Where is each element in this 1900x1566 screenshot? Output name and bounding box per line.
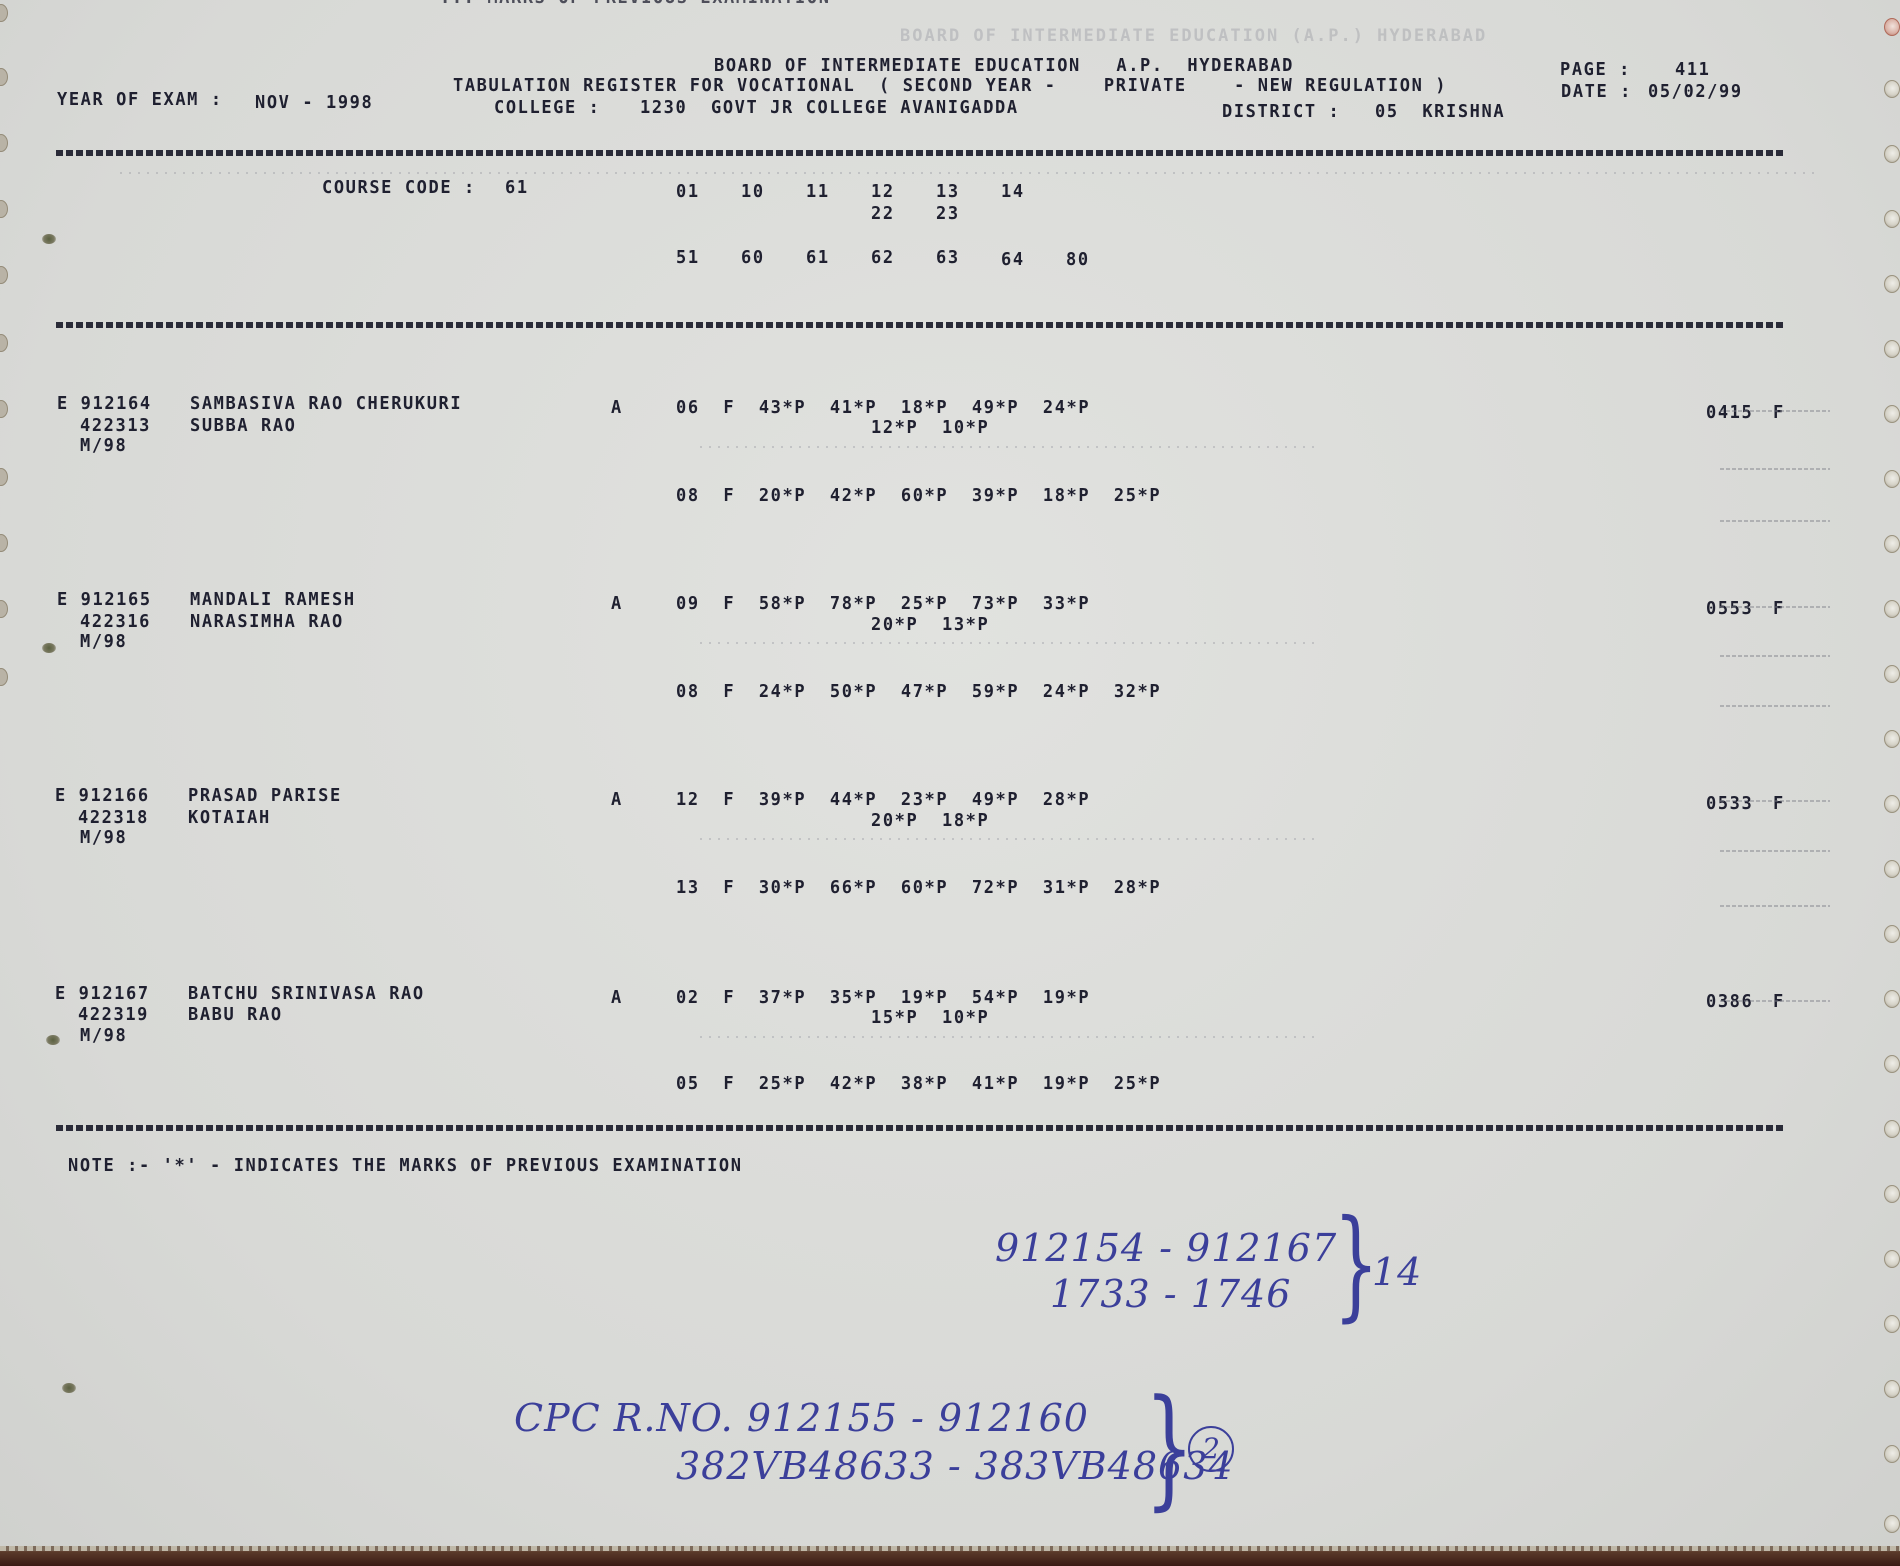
grade: A (611, 988, 623, 1009)
student-name: BATCHU SRINIVASA RAO (188, 984, 425, 1005)
registration-number: 422313 (80, 416, 151, 437)
district-label: DISTRICT : (1222, 102, 1340, 123)
sprocket-hole-right (1884, 210, 1900, 228)
sprocket-hole-right (1884, 925, 1900, 943)
student-name: SAMBASIVA RAO CHERUKURI (190, 394, 462, 415)
grade: A (611, 398, 623, 419)
sprocket-hole-right (1884, 795, 1900, 813)
subject-code: 63 (936, 248, 960, 269)
sprocket-hole-right (1884, 340, 1900, 358)
subject-code: 23 (936, 204, 960, 225)
total-marks: 0533 (1706, 794, 1753, 815)
sprocket-hole-left (0, 4, 8, 22)
page-label: PAGE : (1560, 60, 1631, 81)
faint-rule (1720, 850, 1830, 852)
subject-code: 13 (936, 182, 960, 203)
sprocket-hole-left (0, 334, 8, 352)
separator-line-top (56, 150, 1784, 156)
bleed-dots (120, 172, 1820, 174)
bleed-dots (700, 838, 1320, 840)
sprocket-hole-right (1884, 145, 1900, 163)
subject-code: 22 (871, 204, 895, 225)
hall-ticket-number: E 912165 (57, 590, 152, 611)
sprocket-hole-left (0, 200, 8, 218)
sprocket-hole-left (0, 134, 8, 152)
theory-sub-marks: 20*P 13*P (871, 615, 989, 636)
punch-hole-mark (46, 1035, 60, 1045)
sprocket-hole-left (0, 68, 8, 86)
bleed-dots (700, 1036, 1320, 1038)
sprocket-hole-right (1884, 1055, 1900, 1073)
theory-sub-marks: 20*P 18*P (871, 811, 989, 832)
sprocket-hole-left (0, 600, 8, 618)
footer-note: NOTE :- '*' - INDICATES THE MARKS OF PRE… (68, 1156, 743, 1177)
sprocket-hole-left (0, 534, 8, 552)
theory-marks: 02 F 37*P 35*P 19*P 54*P 19*P (676, 988, 1090, 1009)
district-value: 05 KRISHNA (1375, 102, 1505, 123)
practical-marks: 08 F 20*P 42*P 60*P 39*P 18*P 25*P (676, 486, 1161, 507)
year-of-exam-label: YEAR OF EXAM : (57, 90, 223, 111)
sprocket-hole-right (1884, 405, 1900, 423)
sprocket-hole-right (1884, 730, 1900, 748)
subject-code: 60 (741, 248, 765, 269)
father-name: BABU RAO (188, 1005, 283, 1026)
course-code-value: 61 (505, 178, 529, 199)
hall-ticket-number: E 912166 (55, 786, 150, 807)
college-label: COLLEGE : (494, 98, 612, 119)
sprocket-hole-right (1884, 535, 1900, 553)
printout-page: ... MARKS OF PREVIOUS EXAMINATION BOARD … (0, 0, 1900, 1548)
subject-code: 11 (806, 182, 830, 203)
total-marks: 0553 (1706, 599, 1753, 620)
theory-marks: 12 F 39*P 44*P 23*P 49*P 28*P (676, 790, 1090, 811)
subject-code: 80 (1066, 250, 1090, 271)
circled-count: 2 (1188, 1426, 1234, 1472)
result: F (1773, 992, 1785, 1013)
grade: A (611, 790, 623, 811)
result: F (1773, 403, 1785, 424)
student-name: MANDALI RAMESH (190, 590, 356, 611)
sprocket-hole-right (1884, 470, 1900, 488)
sprocket-hole-right (1884, 80, 1900, 98)
subject-code: 01 (676, 182, 700, 203)
date-label: DATE : (1561, 82, 1632, 103)
faint-rule (1720, 655, 1830, 657)
date-value: 05/02/99 (1648, 82, 1743, 103)
theory-marks: 06 F 43*P 41*P 18*P 49*P 24*P (676, 398, 1090, 419)
subject-code: 61 (806, 248, 830, 269)
subject-code: 14 (1001, 182, 1025, 203)
previous-exam: M/98 (80, 632, 127, 653)
faint-rule (1720, 705, 1830, 707)
sprocket-hole-right (1884, 1380, 1900, 1398)
hall-ticket-number: E 912164 (57, 394, 152, 415)
top-cutoff-text: ... MARKS OF PREVIOUS EXAMINATION (440, 0, 831, 9)
grade: A (611, 594, 623, 615)
sprocket-hole-left (0, 668, 8, 686)
student-name: PRASAD PARISE (188, 786, 342, 807)
sprocket-hole-right (1884, 18, 1900, 36)
total-marks: 0386 (1706, 992, 1753, 1013)
practical-marks: 13 F 30*P 66*P 60*P 72*P 31*P 28*P (676, 878, 1161, 899)
previous-exam: M/98 (80, 436, 127, 457)
curly-brace-icon: } (1145, 1382, 1195, 1512)
separator-line-header (56, 322, 1784, 328)
registration-number: 422318 (78, 808, 149, 829)
faint-rule (1720, 800, 1830, 802)
sprocket-hole-right (1884, 1315, 1900, 1333)
faint-rule (1720, 520, 1830, 522)
result: F (1773, 794, 1785, 815)
bleedthrough-ghost-text: BOARD OF INTERMEDIATE EDUCATION (A.P.) H… (900, 26, 1487, 46)
faint-rule (1720, 468, 1830, 470)
sprocket-hole-right (1884, 1445, 1900, 1463)
practical-marks: 08 F 24*P 50*P 47*P 59*P 24*P 32*P (676, 682, 1161, 703)
father-name: NARASIMHA RAO (190, 612, 344, 633)
punch-hole-mark (42, 234, 56, 244)
handwritten-range-count: 14 (1372, 1250, 1422, 1294)
punch-hole-mark (62, 1383, 76, 1393)
sprocket-hole-right (1884, 275, 1900, 293)
registration-number: 422319 (78, 1005, 149, 1026)
theory-sub-marks: 15*P 10*P (871, 1008, 989, 1029)
punch-hole-mark (42, 643, 56, 653)
sprocket-hole-right (1884, 1120, 1900, 1138)
sprocket-hole-left (0, 266, 8, 284)
board-title: BOARD OF INTERMEDIATE EDUCATION A.P. HYD… (714, 56, 1294, 77)
sprocket-hole-left (0, 468, 8, 486)
subject-code: 51 (676, 248, 700, 269)
handwritten-range-line1: 912154 - 912167 (995, 1226, 1337, 1270)
page-bottom-edge (0, 1546, 1900, 1566)
sprocket-hole-right (1884, 600, 1900, 618)
previous-exam: M/98 (80, 828, 127, 849)
total-marks: 0415 (1706, 403, 1753, 424)
subject-code: 10 (741, 182, 765, 203)
theory-sub-marks: 12*P 10*P (871, 418, 989, 439)
faint-rule (1720, 1000, 1830, 1002)
sprocket-hole-right (1884, 1185, 1900, 1203)
page-number: 411 (1675, 60, 1711, 81)
year-of-exam-value: NOV - 1998 (255, 93, 373, 114)
registration-number: 422316 (80, 612, 151, 633)
subject-code: 62 (871, 248, 895, 269)
previous-exam: M/98 (80, 1026, 127, 1047)
handwritten-range-line2: 1733 - 1746 (1050, 1272, 1291, 1316)
sprocket-hole-right (1884, 860, 1900, 878)
faint-rule (1720, 410, 1830, 412)
sprocket-hole-left (0, 400, 8, 418)
subject-code: 64 (1001, 250, 1025, 271)
sprocket-hole-right (1884, 990, 1900, 1008)
sprocket-hole-right (1884, 665, 1900, 683)
register-title: TABULATION REGISTER FOR VOCATIONAL ( SEC… (453, 76, 1447, 97)
handwritten-cpc-line1: CPC R.NO. 912155 - 912160 (514, 1396, 1089, 1440)
father-name: KOTAIAH (188, 808, 271, 829)
result: F (1773, 599, 1785, 620)
separator-line-bottom (56, 1125, 1784, 1131)
practical-marks: 05 F 25*P 42*P 38*P 41*P 19*P 25*P (676, 1074, 1161, 1095)
hall-ticket-number: E 912167 (55, 984, 150, 1005)
sprocket-hole-right (1884, 1250, 1900, 1268)
father-name: SUBBA RAO (190, 416, 297, 437)
sprocket-hole-right (1884, 1515, 1900, 1533)
bleed-dots (700, 446, 1320, 448)
bleed-dots (700, 642, 1320, 644)
course-code-label: COURSE CODE : (322, 178, 476, 199)
college-value: 1230 GOVT JR COLLEGE AVANIGADDA (640, 98, 1019, 119)
faint-rule (1720, 905, 1830, 907)
faint-rule (1720, 606, 1830, 608)
theory-marks: 09 F 58*P 78*P 25*P 73*P 33*P (676, 594, 1090, 615)
subject-code: 12 (871, 182, 895, 203)
